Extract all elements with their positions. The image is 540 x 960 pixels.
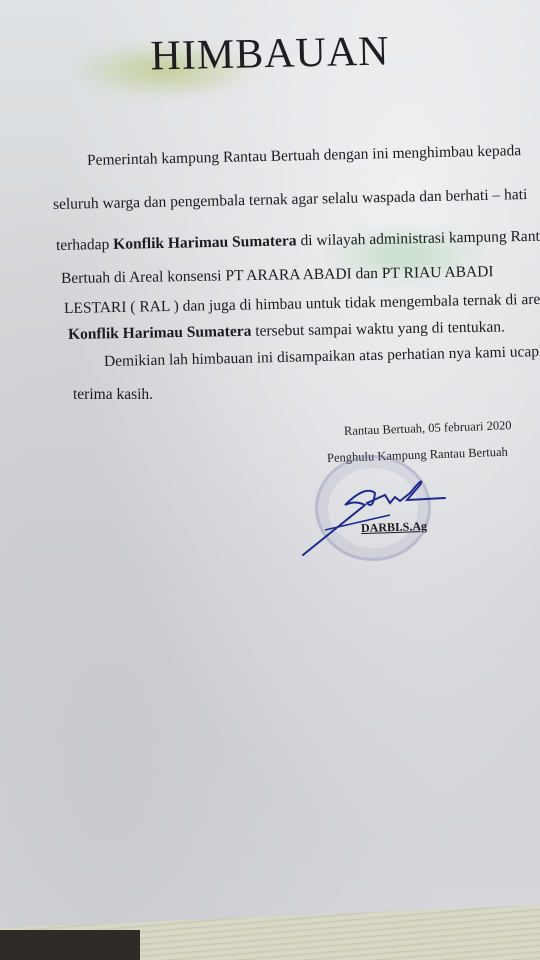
- body-line-3-pre: terhadap: [56, 236, 114, 254]
- document-paper: HIMBAUAN Pemerintah kampung Rantau Bertu…: [0, 0, 540, 960]
- document-title: HIMBAUAN: [0, 24, 540, 83]
- handwritten-signature-icon: [295, 465, 455, 565]
- floor-shadow: [0, 930, 140, 960]
- body-line-3-post: di wilayah administrasi kampung Rantau: [296, 227, 540, 249]
- body-line-1: Pemerintah kampung Rantau Bertuah dengan…: [87, 142, 522, 170]
- place-date: Rantau Bertuah, 05 februari 2020: [344, 418, 512, 439]
- body-line-2: seluruh warga dan pengembala ternak agar…: [53, 186, 528, 214]
- body-line-3-bold: Konflik Harimau Sumatera: [113, 232, 297, 253]
- closing-line-1: Demikian lah himbauan ini disampaikan at…: [104, 343, 540, 371]
- body-line-5: LESTARI ( RAL ) dan juga di himbau untuk…: [64, 291, 540, 318]
- closing-line-2: terima kasih.: [73, 386, 153, 404]
- body-line-6-bold: Konflik Harimau Sumatera: [68, 323, 252, 343]
- body-line-6: Konflik Harimau Sumatera tersebut sampai…: [68, 318, 505, 344]
- signatory-name: DARBI.S.Ag: [361, 519, 427, 536]
- body-line-6-post: tersebut sampai waktu yang di tentukan.: [251, 318, 505, 339]
